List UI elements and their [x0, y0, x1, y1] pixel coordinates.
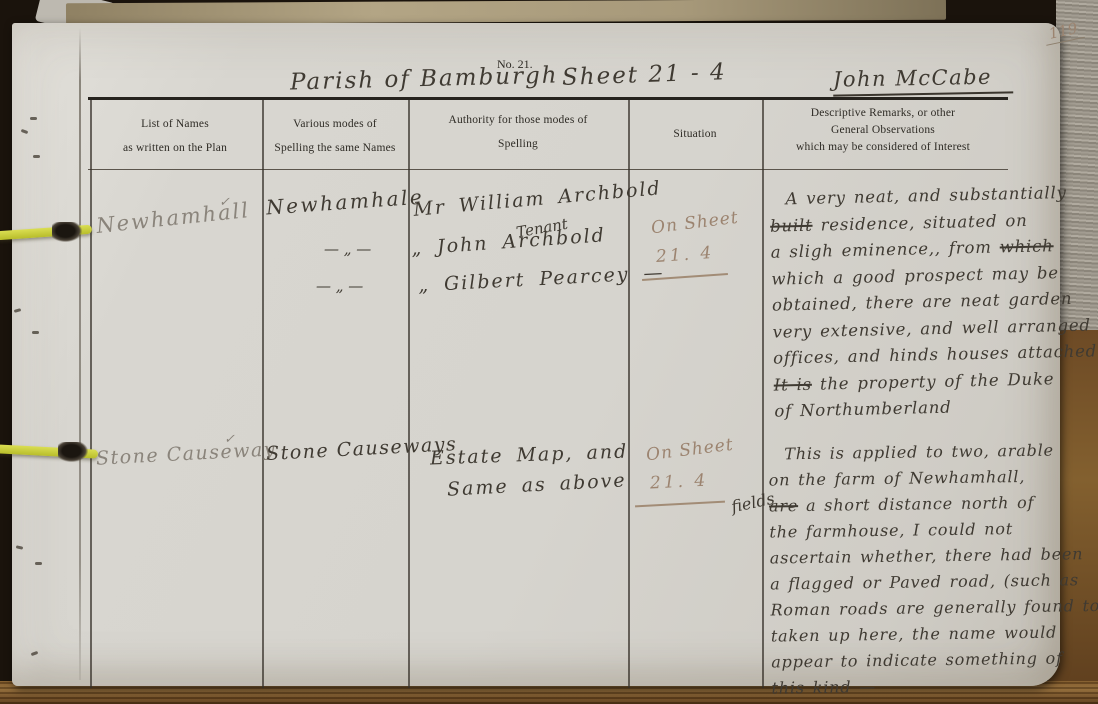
header-line: as written on the Plan [89, 136, 261, 160]
table-rule-top [88, 97, 1008, 100]
entry-2-situation-number: 21. 4 [650, 470, 709, 493]
column-divider-4 [762, 100, 764, 688]
entry-1-spelling-ditto: — „ — [324, 240, 371, 258]
binding-hole-bottom [58, 442, 88, 462]
binding-crease [79, 28, 81, 680]
entry-1-situation-number: 21. 4 [655, 243, 715, 267]
column-header-spelling: Various modes of Spelling the same Names [263, 112, 407, 160]
paper-speck [33, 155, 40, 158]
column-header-names: List of Names as written on the Plan [89, 112, 261, 160]
header-line: Spelling [409, 132, 627, 156]
header-line: Situation [629, 122, 761, 146]
column-header-situation: Situation [629, 122, 761, 146]
entry-2-remarks: This is applied to two, arable on the fa… [768, 439, 1098, 704]
header-line: Various modes of [263, 112, 407, 136]
paper-speck [32, 331, 39, 334]
header-line: Authority for those modes of [409, 108, 627, 132]
entry-2-check-mark: ✓ [224, 432, 235, 447]
header-line: Spelling the same Names [263, 136, 407, 160]
column-divider-left [90, 100, 92, 688]
remarks-line: this kind — [771, 673, 1098, 704]
header-line: General Observations [763, 122, 1003, 139]
column-divider-1 [262, 100, 264, 688]
header-line: List of Names [89, 112, 261, 136]
binding-hole-top [52, 222, 82, 242]
column-header-authority: Authority for those modes of Spelling [409, 108, 627, 156]
header-line: Descriptive Remarks, or other [763, 105, 1003, 122]
table-rule-header-bottom [88, 169, 1008, 170]
header-line: which may be considered of Interest [763, 139, 1003, 156]
stacked-page-edges-top [66, 0, 946, 24]
paper-speck [35, 562, 42, 565]
surveyor-signature: John McCabe [833, 64, 1013, 96]
document-photo: 119 No. 21. Parish of Bamburgh Sheet 21 … [0, 0, 1098, 704]
column-header-remarks: Descriptive Remarks, or other General Ob… [763, 105, 1003, 156]
entry-1-spelling-ditto: — „ — [316, 277, 363, 295]
entry-1-remarks: A very neat, and substantially built res… [769, 182, 1098, 428]
entry-1-check-mark: ✓ [219, 195, 230, 210]
paper-speck [30, 117, 37, 120]
